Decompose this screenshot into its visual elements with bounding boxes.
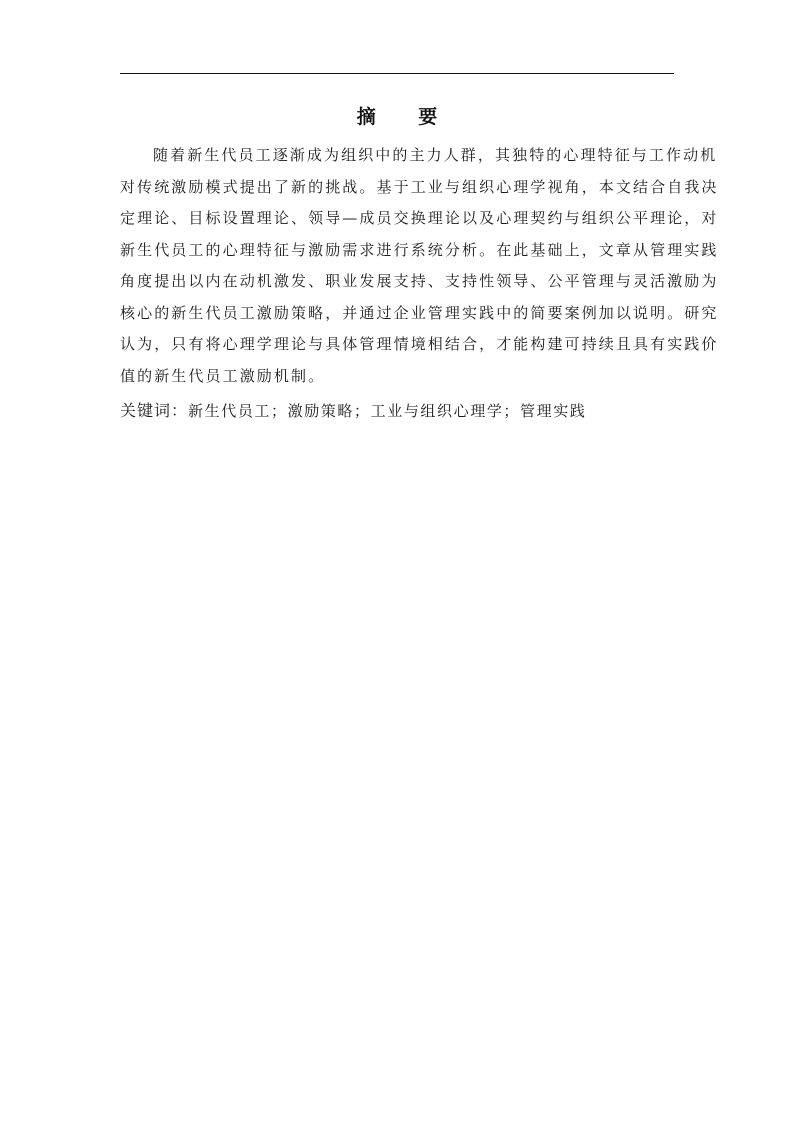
abstract-title: 摘 要 [120,104,674,130]
keywords-label: 关键词： [120,401,188,420]
abstract-line: 认为，只有将心理学理论与具体管理情境相结合，才能构建可持续且具有实践价 [120,329,676,361]
abstract-line: 新生代员工的心理特征与激励需求进行系统分析。在此基础上，文章从管理实践 [120,235,676,267]
keywords: 关键词：新生代员工；激励策略；工业与组织心理学；管理实践 [120,397,676,425]
abstract-line: 核心的新生代员工激励策略，并通过企业管理实践中的简要案例加以说明。研究 [120,298,676,330]
abstract-line: 角度提出以内在动机激发、职业发展支持、支持性领导、公平管理与灵活激励为 [120,266,676,298]
abstract-line: 随着新生代员工逐渐成为组织中的主力人群，其独特的心理特征与工作动机 [120,140,676,172]
header-rule [120,73,674,74]
keywords-value: 新生代员工；激励策略；工业与组织心理学；管理实践 [188,402,586,420]
abstract-body: 随着新生代员工逐渐成为组织中的主力人群，其独特的心理特征与工作动机 对传统激励模… [120,140,676,392]
abstract-line: 对传统激励模式提出了新的挑战。基于工业与组织心理学视角，本文结合自我决 [120,172,676,204]
abstract-line: 值的新生代员工激励机制。 [120,361,676,393]
abstract-line: 定理论、目标设置理论、领导—成员交换理论以及心理契约与组织公平理论，对 [120,203,676,235]
document-page: 摘 要 随着新生代员工逐渐成为组织中的主力人群，其独特的心理特征与工作动机 对传… [0,0,793,1122]
